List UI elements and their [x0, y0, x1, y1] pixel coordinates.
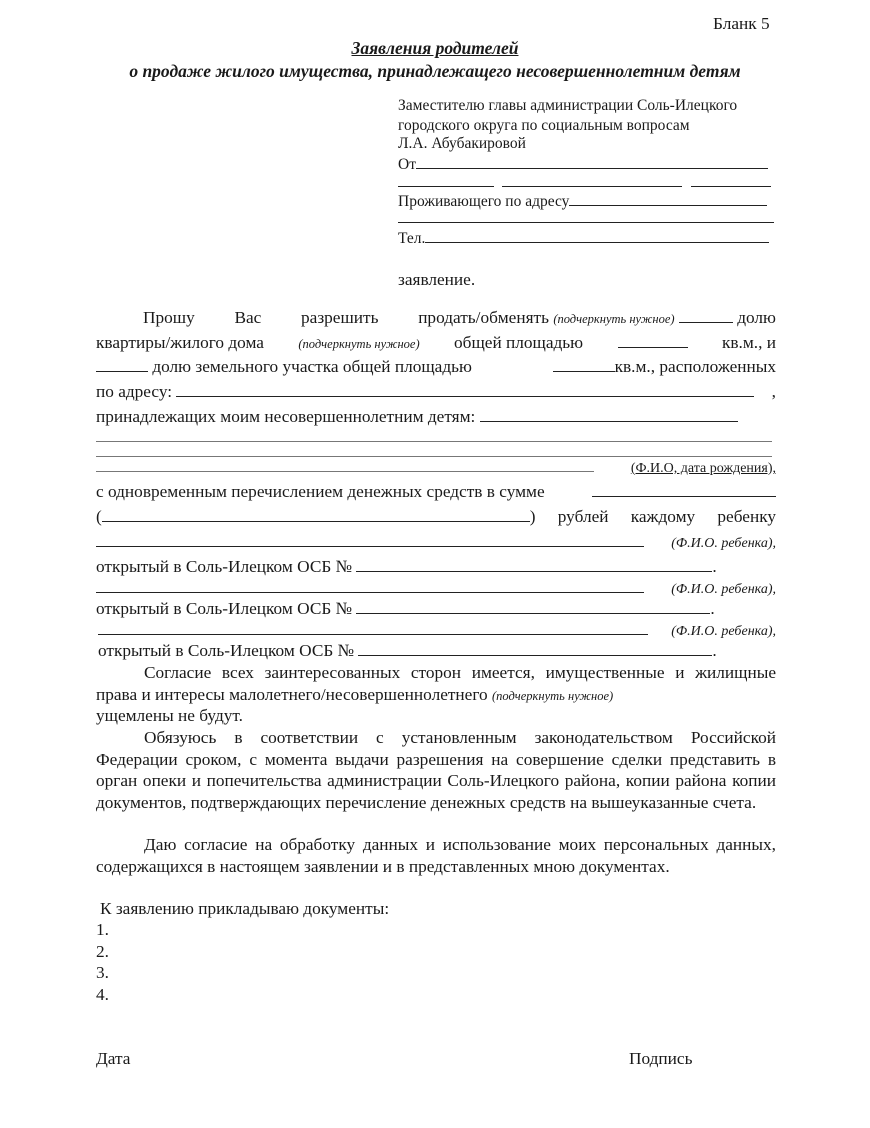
word-vas: Вас — [234, 308, 261, 328]
statement-heading: заявление. — [398, 270, 475, 290]
first-name-input[interactable] — [502, 172, 682, 187]
rubles-word-3: ребенку — [717, 507, 776, 527]
fio-birth-hint: (Ф.И.О, дата рождения), — [631, 461, 776, 477]
share-input[interactable] — [679, 308, 733, 323]
child-3-account-input[interactable] — [358, 641, 712, 656]
total-area-label: общей площадью — [454, 333, 583, 353]
children-label: принадлежащих моим несовершеннолетним де… — [96, 407, 475, 426]
share-label: долю — [737, 308, 776, 327]
document-title: Заявления родителей — [0, 38, 870, 59]
addressee-line-2: городского округа по социальным вопросам — [398, 117, 690, 135]
children-input-line-2[interactable] — [96, 441, 772, 442]
date-label: Дата — [96, 1049, 130, 1069]
area-input[interactable] — [618, 333, 688, 348]
amount-words-line: () рублей каждому ребенку — [96, 507, 776, 527]
attachment-item-3[interactable]: 3. — [96, 963, 109, 983]
residence-input[interactable] — [569, 191, 767, 206]
name-fields-row — [398, 172, 771, 192]
child-3-account-line: открытый в Соль-Илецком ОСБ № . — [98, 641, 717, 661]
land-share-input[interactable] — [96, 357, 148, 372]
attachment-item-2[interactable]: 2. — [96, 942, 109, 962]
personal-data-paragraph: Даю согласие на обработку данных и испол… — [96, 834, 776, 877]
request-line-3: долю земельного участка общей площадью к… — [96, 357, 776, 377]
child-1-fio-line: (Ф.И.О. ребенка), — [96, 532, 776, 552]
consent-end: ущемлены не будут. — [96, 706, 243, 726]
child-1-account-input[interactable] — [356, 557, 712, 572]
sqm-located-label: кв.м., расположенных — [615, 357, 776, 376]
property-address-label: по адресу: — [96, 382, 172, 401]
patronymic-input[interactable] — [691, 172, 771, 187]
child-2-account-input[interactable] — [356, 599, 710, 614]
child-1-fio-hint: (Ф.И.О. ребенка), — [671, 536, 776, 552]
property-type-option[interactable]: квартиры/жилого дома — [96, 333, 264, 353]
child-2-fio-line: (Ф.И.О. ребенка), — [96, 578, 776, 598]
request-line-2: квартиры/жилого дома (подчеркнуть нужное… — [96, 333, 776, 353]
amount-input[interactable] — [592, 482, 776, 497]
addressee-line-1: Заместителю главы администрации Соль-Иле… — [398, 97, 737, 115]
consent-paragraph: Согласие всех заинтересованных сторон им… — [96, 662, 776, 707]
phone-label: Тел. — [398, 230, 425, 247]
rubles-word-1: рублей — [558, 507, 609, 527]
child-1-account-label: открытый в Соль-Илецком ОСБ № — [96, 557, 352, 576]
attachments-label: К заявлению прикладываю документы: — [100, 899, 389, 919]
underline-hint-2: (подчеркнуть нужное) — [298, 337, 419, 352]
from-label: От — [398, 156, 416, 173]
children-line: принадлежащих моим несовершеннолетним де… — [96, 407, 738, 427]
consent-underline-hint: (подчеркнуть нужное) — [492, 689, 613, 703]
surname-input[interactable] — [398, 172, 494, 187]
word-razreshit: разрешить — [301, 308, 378, 328]
attachment-item-4[interactable]: 4. — [96, 985, 109, 1005]
form-number-label: Бланк 5 — [713, 14, 770, 34]
sell-exchange-option[interactable]: продать/обменять — [418, 308, 549, 327]
child-2-fio-input[interactable] — [96, 578, 644, 593]
residence-input-2[interactable] — [398, 208, 774, 223]
children-input-line-4[interactable] — [96, 457, 594, 472]
rubles-word-2: каждому — [631, 507, 695, 527]
child-2-account-line: открытый в Соль-Илецком ОСБ № . — [96, 599, 715, 619]
underline-hint: (подчеркнуть нужное) — [553, 312, 674, 326]
consent-text: Согласие всех заинтересованных сторон им… — [96, 663, 776, 704]
phone-input[interactable] — [425, 228, 769, 243]
amount-words-input[interactable] — [102, 507, 530, 522]
document-subtitle: о продаже жилого имущества, принадлежаще… — [0, 61, 870, 82]
child-3-fio-input[interactable] — [98, 620, 648, 635]
obligation-paragraph: Обязуюсь в соответствии с установленным … — [96, 727, 776, 813]
property-address-input[interactable] — [176, 382, 754, 397]
child-3-fio-hint: (Ф.И.О. ребенка), — [671, 624, 776, 640]
residence-line-2 — [398, 208, 774, 228]
child-2-account-label: открытый в Соль-Илецком ОСБ № — [96, 599, 352, 618]
transfer-label: с одновременным перечислением денежных с… — [96, 482, 545, 502]
transfer-line: с одновременным перечислением денежных с… — [96, 482, 776, 502]
from-input[interactable] — [416, 154, 768, 169]
land-area-input[interactable] — [553, 357, 615, 372]
address-line: по адресу: , — [96, 382, 776, 402]
children-line-4: (Ф.И.О, дата рождения), — [96, 457, 776, 477]
attachment-item-1[interactable]: 1. — [96, 920, 109, 940]
child-1-fio-input[interactable] — [96, 532, 644, 547]
from-field[interactable]: От — [398, 154, 768, 174]
request-line-1: Прошу Вас разрешить продать/обменять (по… — [143, 308, 776, 328]
child-2-fio-hint: (Ф.И.О. ребенка), — [671, 582, 776, 598]
signature-label: Подпись — [629, 1049, 692, 1069]
land-share-label: долю земельного участка общей площадью — [152, 357, 472, 376]
child-3-fio-line: (Ф.И.О. ребенка), — [98, 620, 776, 640]
phone-field[interactable]: Тел. — [398, 228, 769, 248]
addressee-name: Л.А. Абубакировой — [398, 135, 526, 153]
child-1-account-line: открытый в Соль-Илецком ОСБ № . — [96, 557, 717, 577]
sqm-and-label: кв.м., и — [722, 333, 776, 353]
children-input[interactable] — [480, 407, 738, 422]
word-proshu: Прошу — [143, 308, 195, 328]
child-3-account-label: открытый в Соль-Илецком ОСБ № — [98, 641, 354, 660]
